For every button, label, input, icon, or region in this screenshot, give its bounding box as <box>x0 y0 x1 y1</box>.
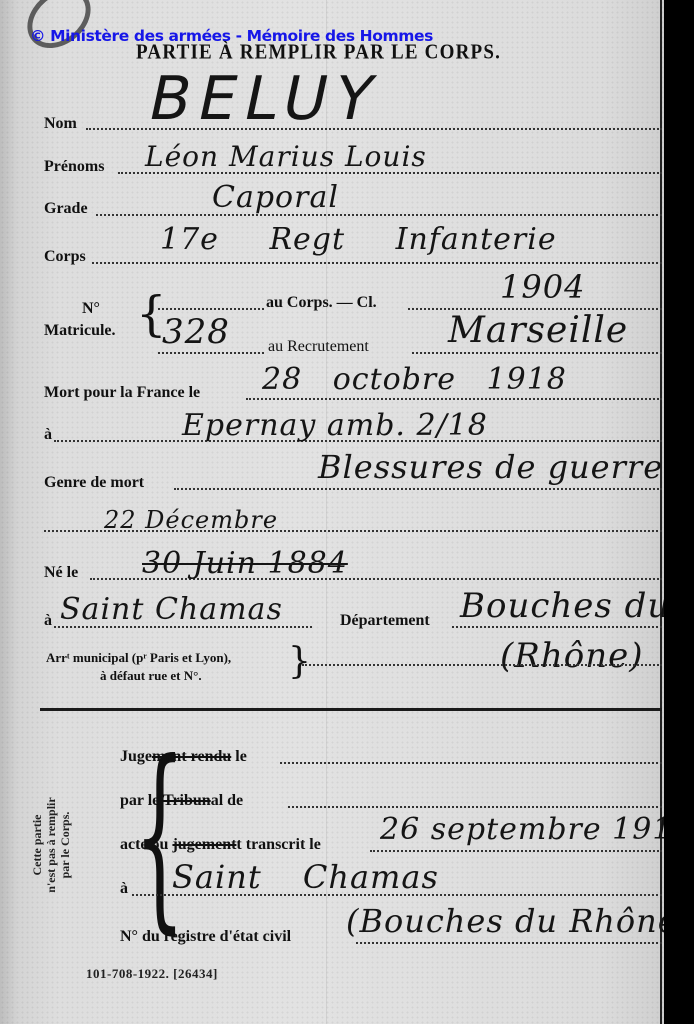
lieu-mort-label: à <box>44 426 52 444</box>
nom-value[interactable]: BELUY <box>143 64 388 134</box>
jugement-line <box>280 762 662 764</box>
lieu-transcription-value[interactable]: Saint Chamas <box>172 858 439 896</box>
ne-le-label: Né le <box>44 564 78 582</box>
classe-value[interactable]: 1904 <box>500 268 585 306</box>
arrondissement-line <box>302 664 662 666</box>
recrutement-number-line <box>158 352 264 354</box>
page-edge <box>660 0 662 1024</box>
transcrit-line <box>370 850 662 852</box>
ne-le-value[interactable]: 30 Juin 1884 <box>142 546 348 581</box>
mort-value[interactable]: 28 octobre 1918 <box>262 362 567 397</box>
arrondissement-label-2: à défaut rue et N°. <box>100 668 202 684</box>
corps-line <box>92 262 662 264</box>
lieu-mort-value[interactable]: Epernay amb. 2/18 <box>182 408 488 443</box>
recrutement-value[interactable]: Marseille <box>448 310 628 351</box>
tribunal-label: par le Tribunal de <box>120 792 243 810</box>
mort-label: Mort pour la France le <box>44 384 200 402</box>
nom-label: Nom <box>44 115 77 133</box>
registre-label: N° du registre d'état civil <box>120 928 291 946</box>
form-reference: 101-708-1922. [26434] <box>86 966 218 982</box>
transcrit-value[interactable]: 26 septembre 1919 <box>380 812 664 847</box>
departement-line <box>452 626 662 628</box>
genre-mort-label: Genre de mort <box>44 474 144 492</box>
corps-value[interactable]: 17e Regt Infanterie <box>160 222 557 257</box>
recrutement-line <box>412 352 662 354</box>
departement-label: Département <box>340 612 430 630</box>
copyright-watermark: © Ministère des armées - Mémoire des Hom… <box>30 27 433 45</box>
prenoms-value[interactable]: Léon Marius Louis <box>145 140 427 173</box>
genre-mort-line <box>174 488 662 490</box>
grade-line <box>96 214 662 216</box>
arrondissement-label-1: Arrᵗ municipal (pʳ Paris et Lyon), <box>46 650 231 666</box>
genre-mort-value[interactable]: Blessures de guerre <box>318 448 663 486</box>
departement-value[interactable]: Bouches du <box>460 586 664 626</box>
lieu-transcription-label: à <box>120 880 128 898</box>
transcrit-label: acte ou jugementt transcrit le <box>120 836 321 854</box>
corps-label: Corps <box>44 248 86 266</box>
lieu-naissance-label: à <box>44 612 52 630</box>
lieu-naissance-value[interactable]: Saint Chamas <box>60 592 283 627</box>
matricule-no-label: N° <box>82 300 100 318</box>
grade-value[interactable]: Caporal <box>212 180 339 215</box>
grade-label: Grade <box>44 200 88 218</box>
registre-value[interactable]: (Bouches du Rhône <box>346 902 664 940</box>
recrutement-label: au Recrutement <box>268 338 369 356</box>
registre-line <box>356 942 662 944</box>
prenoms-label: Prénoms <box>44 158 104 176</box>
section-divider <box>40 708 662 711</box>
matricule-label: Matricule. <box>44 322 116 340</box>
jugement-label: Jugement rendu le <box>120 748 247 766</box>
document-sheet: © Ministère des armées - Mémoire des Hom… <box>0 0 664 1024</box>
tribunal-line <box>288 806 662 808</box>
matricule-number[interactable]: 328 <box>162 312 230 352</box>
departement-value-2[interactable]: (Rhône) <box>500 636 644 676</box>
au-corps-label: au Corps. — Cl. <box>266 294 377 312</box>
birth-date-correction[interactable]: 22 Décembre <box>104 506 278 534</box>
au-corps-line <box>158 308 264 310</box>
arrondissement-brace: } <box>288 644 311 680</box>
mort-line <box>246 398 662 400</box>
